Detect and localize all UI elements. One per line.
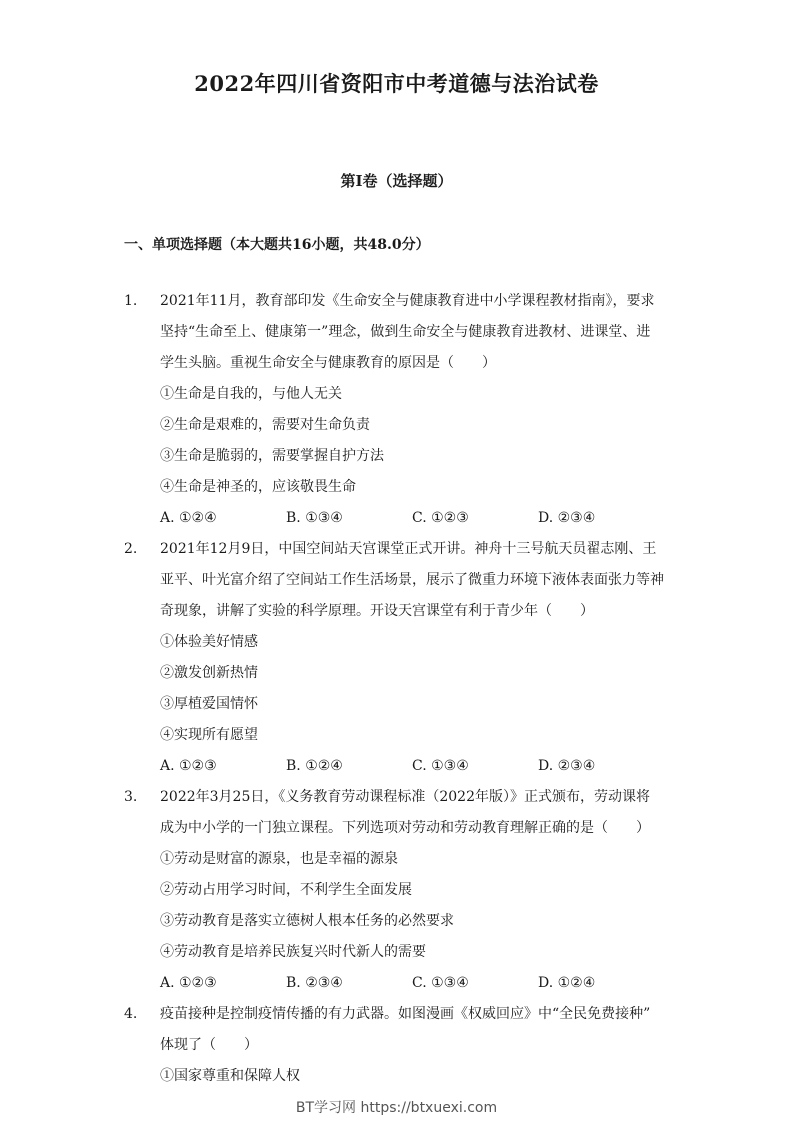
question-stem-line: 学生头脑。重视生命安全与健康教育的原因是（ ） <box>160 353 496 373</box>
statement: ①国家尊重和保障人权 <box>160 1066 300 1086</box>
choice-c: C. ①②③ <box>412 508 469 528</box>
choice-b: B. ②③④ <box>286 973 343 993</box>
choice-b: B. ①②④ <box>286 756 343 776</box>
choice-a: A. ①②③ <box>160 973 217 993</box>
choice-b: B. ①③④ <box>286 508 343 528</box>
question-stem-line: 坚持“生命至上、健康第一”理念，做到生命安全与健康教育进教材、进课堂、进 <box>160 322 650 342</box>
question-stem-line: 亚平、叶光富介绍了空间站工作生活场景，展示了微重力环境下液体表面张力等神 <box>160 570 664 590</box>
statement: ②生命是艰难的，需要对生命负责 <box>160 415 370 435</box>
statement: ④生命是神圣的，应该敬畏生命 <box>160 477 356 497</box>
statement: ④实现所有愿望 <box>160 725 258 745</box>
statement: ②激发创新热情 <box>160 663 258 683</box>
choice-a: A. ①②③ <box>160 756 217 776</box>
statement: ①劳动是财富的源泉，也是幸福的源泉 <box>160 849 398 869</box>
question-stem-line: 体现了（ ） <box>160 1035 258 1055</box>
question-number: 3. <box>124 787 137 807</box>
choice-a: A. ①②④ <box>160 508 217 528</box>
question-stem-line: 2021年12月9日，中国空间站天宫课堂正式开讲。神舟十三号航天员翟志刚、王 <box>160 539 656 559</box>
statement: ③劳动教育是落实立德树人根本任务的必然要求 <box>160 911 454 931</box>
choice-d: D. ①②④ <box>538 973 595 993</box>
statement: ③厚植爱国情怀 <box>160 694 258 714</box>
part-title: 第I卷（选择题） <box>0 170 793 191</box>
question-stem-line: 2022年3月25日，《义务教育劳动课程标准（2022年版）》正式颁布，劳动课将 <box>160 787 650 807</box>
choice-d: D. ②③④ <box>538 508 595 528</box>
statement: ③生命是脆弱的，需要掌握自护方法 <box>160 446 384 466</box>
document-title: 2022年四川省资阳市中考道德与法治试卷 <box>0 68 793 98</box>
question-number: 1. <box>124 291 137 311</box>
question-number: 2. <box>124 539 137 559</box>
choice-c: C. ①③④ <box>412 973 469 993</box>
section-heading: 一、单项选择题（本大题共16小题，共48.0分） <box>124 234 430 254</box>
statement: ②劳动占用学习时间，不利学生全面发展 <box>160 880 412 900</box>
question-number: 4. <box>124 1004 137 1024</box>
question-stem-line: 疫苗接种是控制疫情传播的有力武器。如图漫画《权威回应》中“全民免费接种” <box>160 1004 650 1024</box>
statement: ④劳动教育是培养民族复兴时代新人的需要 <box>160 942 426 962</box>
question-stem-line: 奇现象，讲解了实验的科学原理。开设天宫课堂有利于青少年（ ） <box>160 601 594 621</box>
question-stem-line: 2021年11月，教育部印发《生命安全与健康教育进中小学课程教材指南》，要求 <box>160 291 654 311</box>
watermark-link[interactable]: BT学习网 https://btxuexi.com <box>0 1097 793 1117</box>
question-stem-line: 成为中小学的一门独立课程。下列选项对劳动和劳动教育理解正确的是（ ） <box>160 818 650 838</box>
statement: ①生命是自我的，与他人无关 <box>160 384 342 404</box>
choice-d: D. ②③④ <box>538 756 595 776</box>
choice-c: C. ①③④ <box>412 756 469 776</box>
statement: ①体验美好情感 <box>160 632 258 652</box>
